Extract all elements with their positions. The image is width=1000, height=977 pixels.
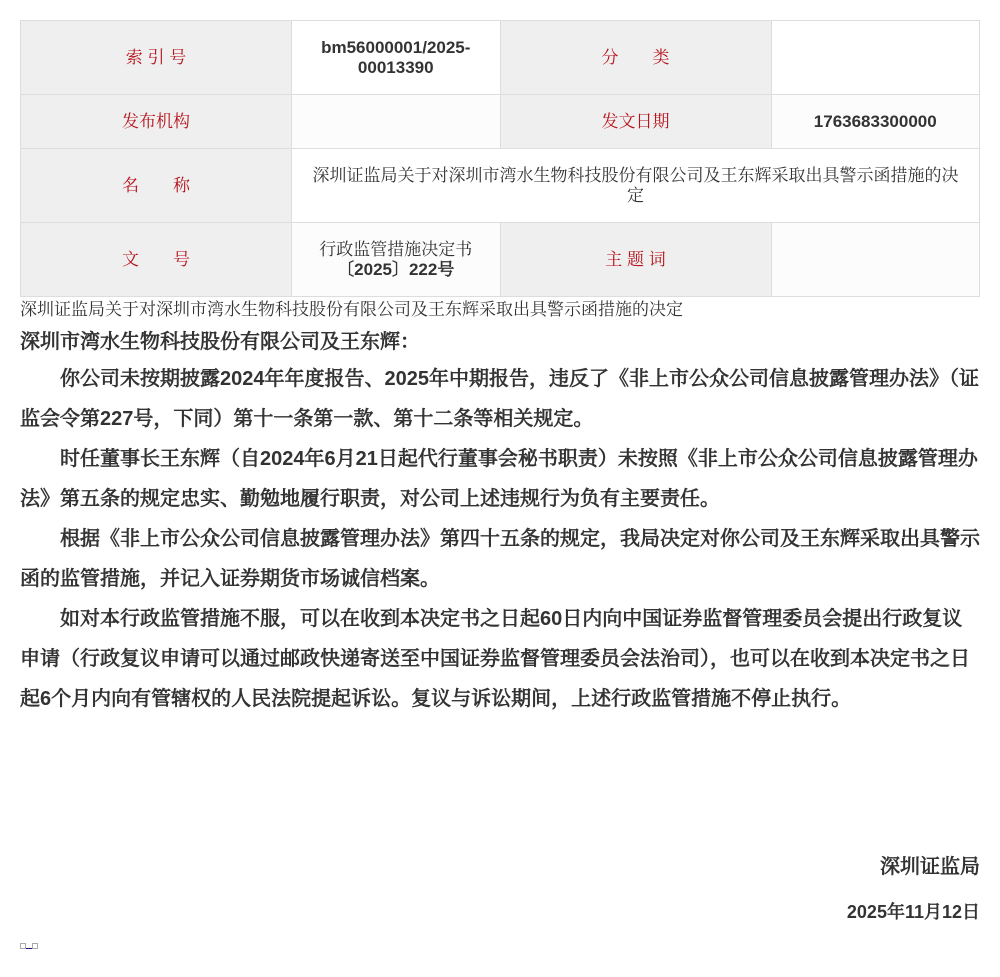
date-value: 1763683300000: [771, 95, 980, 149]
metadata-row-publisher: 发布机构 发文日期 1763683300000: [21, 95, 980, 149]
body-paragraph: 你公司未按期披露2024年年度报告、2025年中期报告，违反了《非上市公众公司信…: [20, 359, 980, 439]
missing-glyph-icon: [20, 943, 38, 949]
metadata-row-name: 名 称 深圳证监局关于对深圳市湾水生物科技股份有限公司及王东辉采取出具警示函措施…: [21, 149, 980, 223]
body-paragraph: 时任董事长王东辉（自2024年6月21日起代行董事会秘书职责）未按照《非上市公众…: [20, 439, 980, 519]
docno-value: 行政监管措施决定书 〔2025〕222号: [292, 223, 501, 297]
name-label: 名 称: [21, 149, 292, 223]
docno-value-line1: 行政监管措施决定书: [308, 240, 484, 260]
index-value: bm56000001/2025-00013390: [292, 21, 501, 95]
document-addressee: 深圳市湾水生物科技股份有限公司及王东辉：: [20, 327, 980, 357]
docno-value-line2: 〔2025〕222号: [308, 260, 484, 280]
keywords-value: [771, 223, 980, 297]
keywords-label: 主 题 词: [500, 223, 771, 297]
issue-date: 2025年11月12日: [847, 898, 980, 924]
date-label: 发文日期: [500, 95, 771, 149]
publisher-label: 发布机构: [21, 95, 292, 149]
document-title: 深圳证监局关于对深圳市湾水生物科技股份有限公司及王东辉采取出具警示函措施的决定: [20, 297, 980, 323]
metadata-row-docno: 文 号 行政监管措施决定书 〔2025〕222号 主 题 词: [21, 223, 980, 297]
body-paragraph: 根据《非上市公众公司信息披露管理办法》第四十五条的规定，我局决定对你公司及王东辉…: [20, 519, 980, 599]
index-label: 索 引 号: [21, 21, 292, 95]
publisher-value: [292, 95, 501, 149]
metadata-table: 索 引 号 bm56000001/2025-00013390 分 类 发布机构 …: [20, 20, 980, 297]
issuer-signature: 深圳证监局: [880, 850, 980, 879]
docno-label: 文 号: [21, 223, 292, 297]
metadata-row-index: 索 引 号 bm56000001/2025-00013390 分 类: [21, 21, 980, 95]
category-value: [771, 21, 980, 95]
category-label: 分 类: [500, 21, 771, 95]
document-page: 索 引 号 bm56000001/2025-00013390 分 类 发布机构 …: [20, 20, 980, 719]
body-paragraph: 如对本行政监管措施不服，可以在收到本决定书之日起60日内向中国证券监督管理委员会…: [20, 599, 980, 719]
document-body: 你公司未按期披露2024年年度报告、2025年中期报告，违反了《非上市公众公司信…: [20, 359, 980, 719]
name-value: 深圳证监局关于对深圳市湾水生物科技股份有限公司及王东辉采取出具警示函措施的决定: [292, 149, 980, 223]
